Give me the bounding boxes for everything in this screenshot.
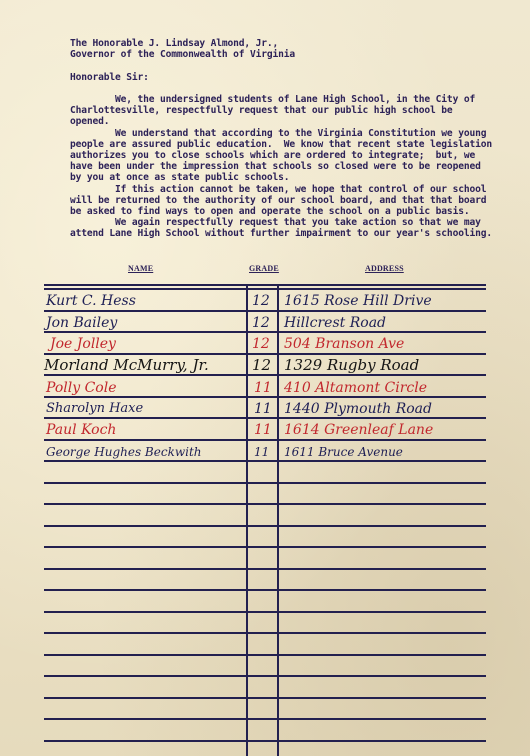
row-rule <box>44 439 486 441</box>
row-rule <box>44 718 486 720</box>
row-5-name: Polly Cole <box>46 380 117 396</box>
row-rule <box>44 503 486 505</box>
row-2-grade: 12 <box>252 315 270 331</box>
paragraph-4: We again respectfully request that you t… <box>70 217 492 239</box>
paragraph-2: We understand that according to the Virg… <box>70 128 492 184</box>
row-8-address: 1611 Bruce Avenue <box>284 444 403 460</box>
row-4-address: 1329 Rugby Road <box>284 357 419 373</box>
row-3-grade: 12 <box>252 336 270 352</box>
row-rule <box>44 353 486 355</box>
row-5-address: 410 Altamont Circle <box>284 380 427 396</box>
column-header-name: NAME <box>128 264 153 273</box>
header-rule-top <box>44 284 486 286</box>
row-rule <box>44 396 486 398</box>
petition-page: The Honorable J. Lindsay Almond, Jr.,Gov… <box>0 0 530 756</box>
row-rule <box>44 460 486 462</box>
row-7-name: Paul Koch <box>46 422 116 438</box>
row-7-address: 1614 Greenleaf Lane <box>284 422 433 438</box>
row-rule <box>44 611 486 613</box>
row-rule <box>44 632 486 634</box>
paragraph-1: We, the undersigned students of Lane Hig… <box>70 94 492 128</box>
row-rule <box>44 310 486 312</box>
letter-body: We, the undersigned students of Lane Hig… <box>70 94 492 240</box>
row-7-grade: 11 <box>254 422 272 438</box>
paragraph-3: If this action cannot be taken, we hope … <box>70 184 492 218</box>
row-rule <box>44 675 486 677</box>
row-rule <box>44 331 486 333</box>
row-rule <box>44 546 486 548</box>
row-8-name: George Hughes Beckwith <box>46 444 202 460</box>
row-6-grade: 11 <box>254 401 272 417</box>
row-8-grade: 11 <box>254 444 269 460</box>
row-2-address: Hillcrest Road <box>284 315 386 331</box>
header-rule-bottom <box>44 288 486 290</box>
addressee-block: The Honorable J. Lindsay Almond, Jr.,Gov… <box>70 38 295 60</box>
row-rule <box>44 697 486 699</box>
row-6-name: Sharolyn Haxe <box>46 401 143 417</box>
addressee-line-2: Governor of the Commonwealth of Virginia <box>70 49 295 60</box>
row-rule <box>44 525 486 527</box>
row-rule <box>44 568 486 570</box>
row-6-address: 1440 Plymouth Road <box>284 401 432 417</box>
row-5-grade: 11 <box>254 380 272 396</box>
row-rule <box>44 374 486 376</box>
row-rule <box>44 482 486 484</box>
row-3-name: Joe Jolley <box>50 336 116 352</box>
row-4-name: Morland McMurry, Jr. <box>44 357 209 373</box>
column-header-address: ADDRESS <box>365 264 404 273</box>
column-header-grade: GRADE <box>249 264 279 273</box>
row-rule <box>44 589 486 591</box>
addressee-line-1: The Honorable J. Lindsay Almond, Jr., <box>70 38 295 49</box>
row-rule <box>44 654 486 656</box>
row-1-name: Kurt C. Hess <box>46 293 136 309</box>
row-rule <box>44 740 486 742</box>
salutation: Honorable Sir: <box>70 72 149 83</box>
row-1-address: 1615 Rose Hill Drive <box>284 293 432 309</box>
row-1-grade: 12 <box>252 293 270 309</box>
row-3-address: 504 Branson Ave <box>284 336 404 352</box>
row-2-name: Jon Bailey <box>46 315 117 331</box>
row-rule <box>44 417 486 419</box>
row-4-grade: 12 <box>252 357 271 373</box>
